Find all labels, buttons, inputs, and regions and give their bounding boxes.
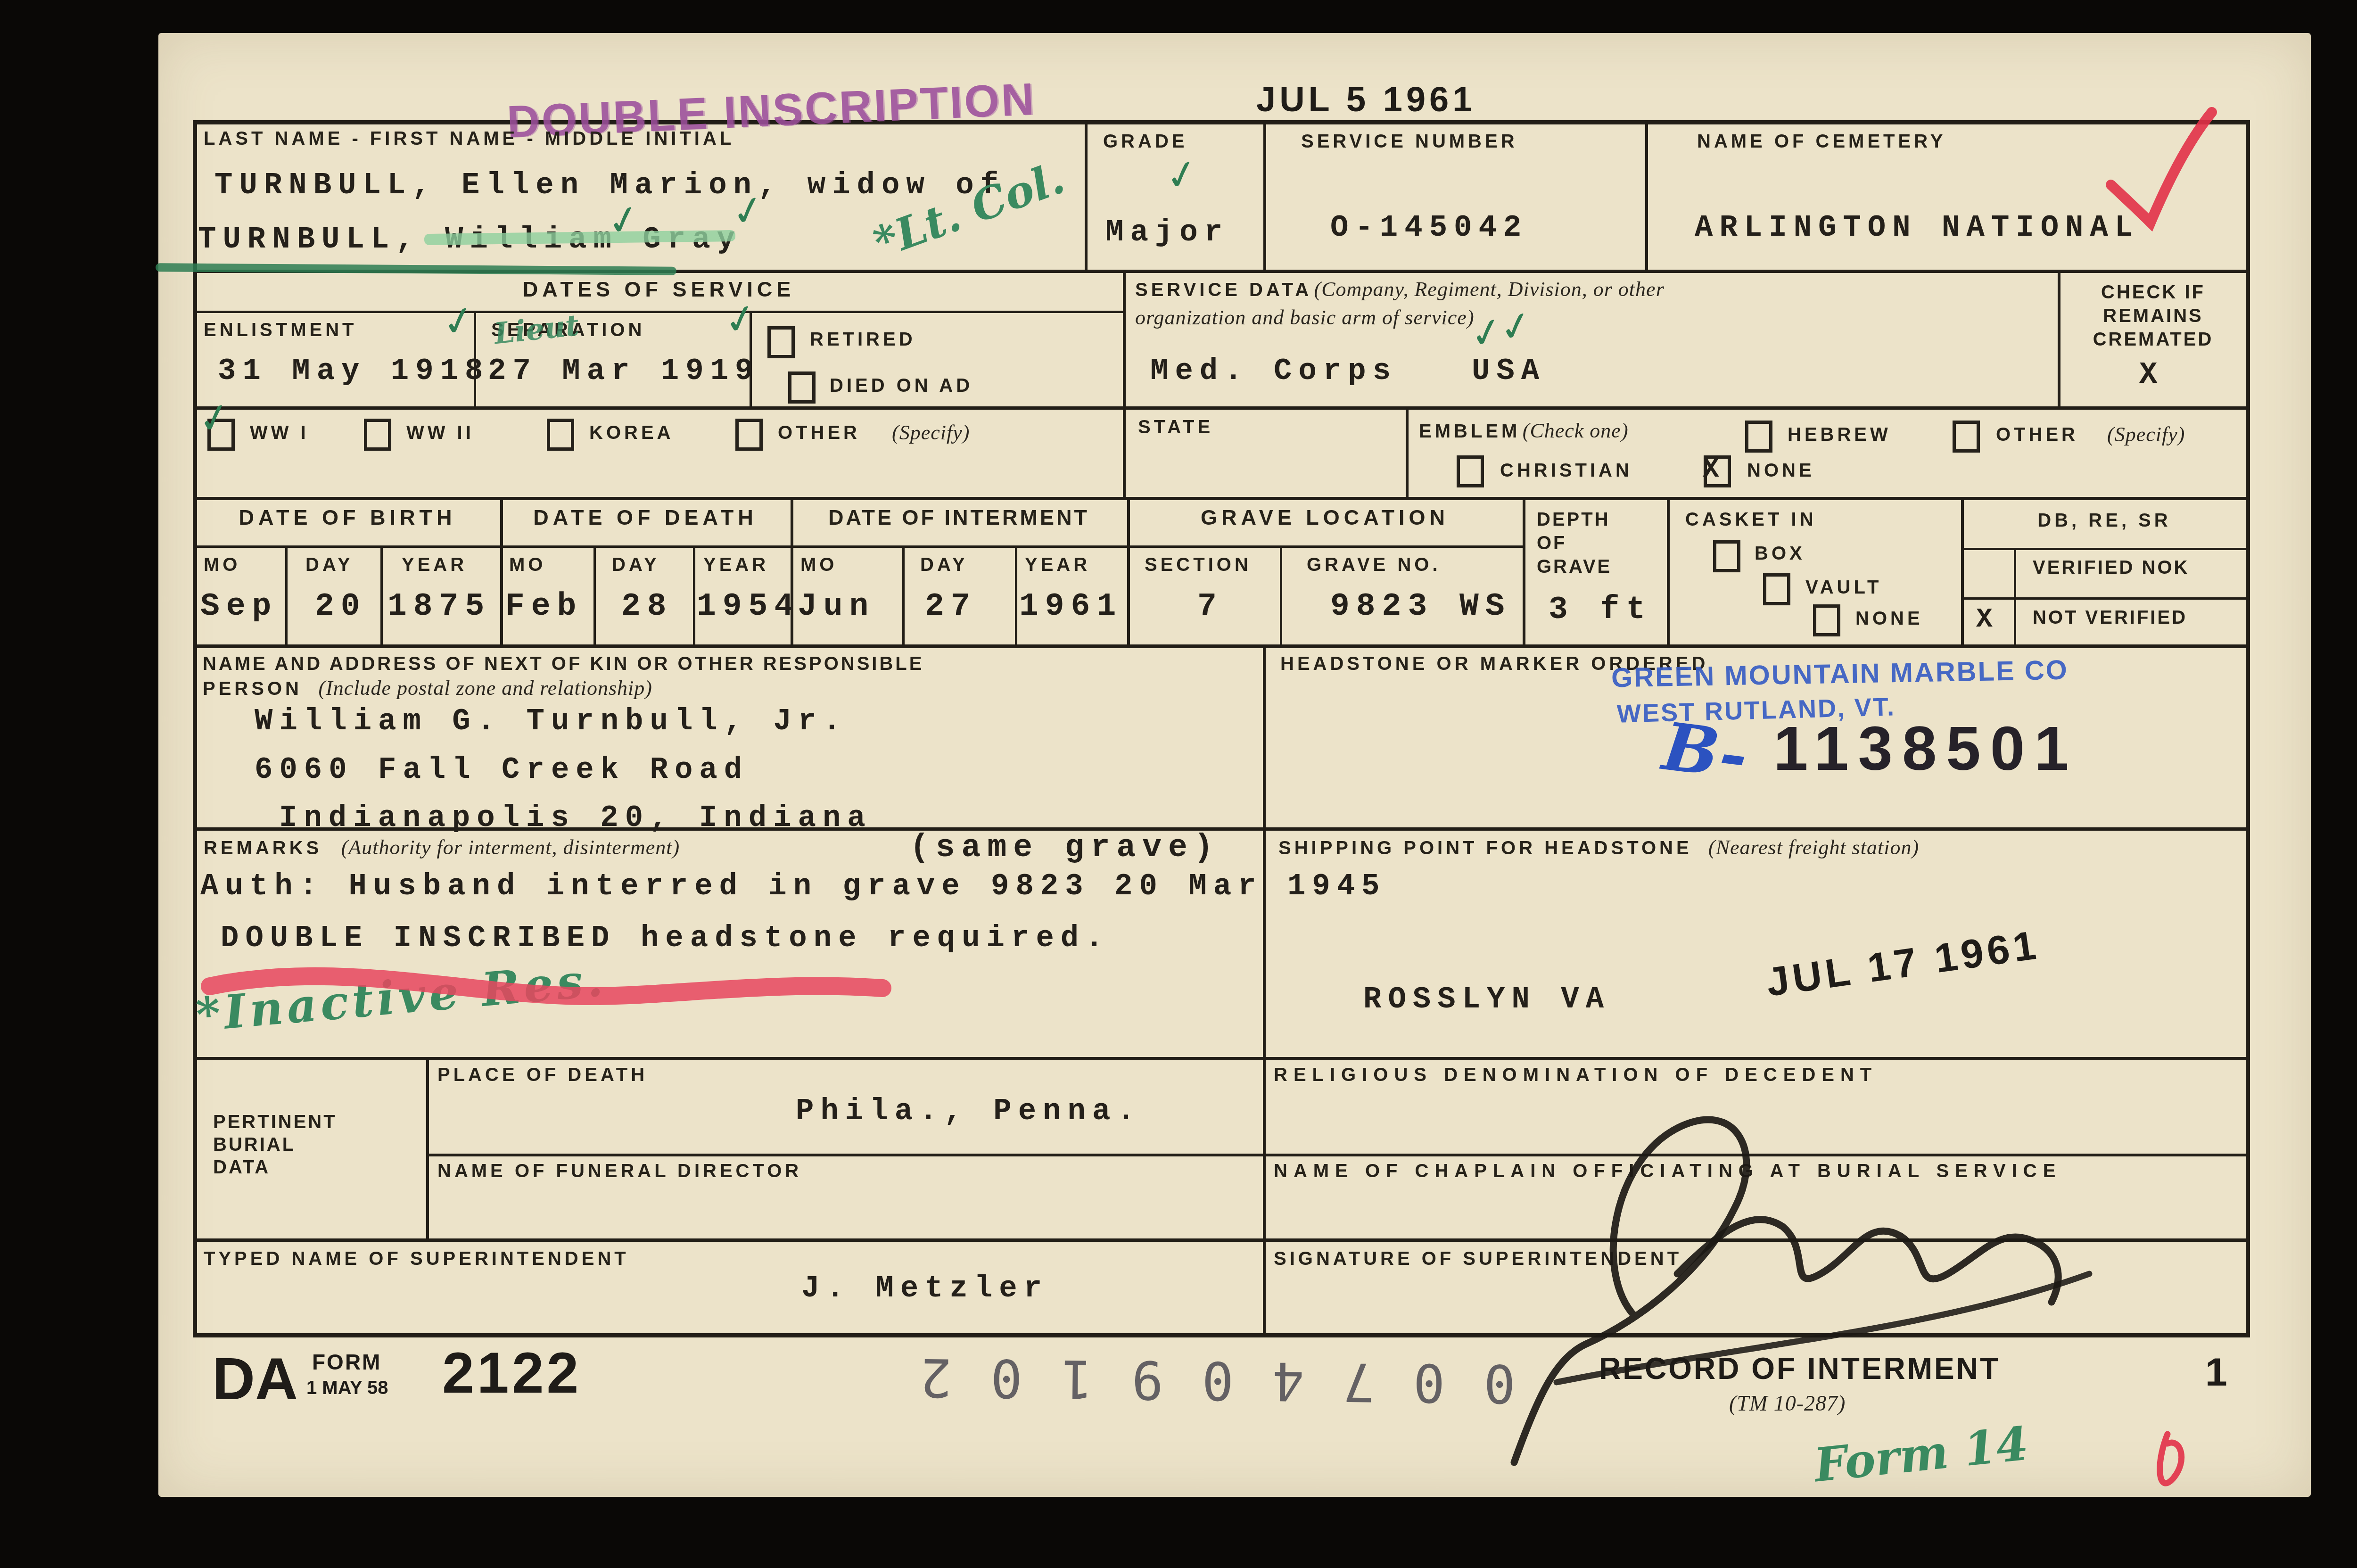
- dob-header: DATE OF BIRTH: [195, 505, 500, 530]
- casket-vault-checkbox: [1763, 573, 1790, 605]
- chaplain-label: NAME OF CHAPLAIN OFFICIATING AT BURIAL S…: [1274, 1161, 2061, 1182]
- casket-vault-label: VAULT: [1805, 577, 1882, 598]
- ww2-label: WW II: [406, 422, 474, 444]
- grid-line: [902, 547, 905, 646]
- service-data-label: SERVICE DATA: [1135, 280, 1312, 300]
- dod-header: DATE OF DEATH: [500, 505, 791, 530]
- grid-line: [195, 1333, 2250, 1337]
- service-data-usa: USA: [1472, 355, 1546, 388]
- grid-line: [1085, 122, 1088, 271]
- pertinent-label-2: BURIAL: [213, 1134, 296, 1155]
- christian-checkbox: [1457, 455, 1484, 487]
- place-of-death-label: PLACE OF DEATH: [437, 1065, 648, 1086]
- remarks-label: REMARKS: [204, 838, 322, 858]
- separation-value: 27 Mar 1919: [488, 355, 759, 388]
- other-war-label: OTHER: [778, 422, 860, 444]
- dod-mo-label: MO: [509, 554, 546, 576]
- grid-line: [1263, 1240, 1266, 1337]
- grid-line: [195, 545, 1523, 548]
- grid-line: [1406, 408, 1409, 498]
- pertinent-label-1: PERTINENT: [213, 1112, 337, 1133]
- form-label: FORM: [312, 1349, 381, 1375]
- depth-label-1: DEPTH: [1537, 509, 1610, 530]
- retired-checkbox: [767, 326, 795, 358]
- other-war-checkbox: [735, 419, 763, 451]
- kin-name: William G. Turnbull, Jr.: [255, 705, 848, 739]
- casket-box-checkbox: [1713, 540, 1740, 572]
- doi-mo-label: MO: [800, 554, 837, 576]
- dob-day-label: DAY: [305, 554, 354, 576]
- kin-label-1: NAME AND ADDRESS OF NEXT OF KIN OR OTHER…: [203, 653, 924, 675]
- ww1-label: WW I: [250, 422, 309, 444]
- enlistment-label: ENLISTMENT: [204, 320, 357, 341]
- korea-label: KOREA: [589, 422, 674, 444]
- headstone-order-number: 1138501: [1773, 713, 2078, 784]
- service-data-hint1: (Company, Regiment, Division, or other: [1314, 278, 1665, 301]
- signature-superintendent-label: SIGNATURE OF SUPERINTENDENT: [1274, 1248, 1682, 1270]
- grid-line: [1667, 498, 1670, 646]
- grid-line: [1961, 548, 2248, 550]
- cremated-label-3: CREMATED: [2060, 329, 2246, 350]
- dod-mo: Feb: [505, 588, 583, 625]
- grid-line: [195, 406, 2248, 410]
- kin-city: Indianapolis 20, Indiana: [279, 801, 872, 835]
- received-date-stamp: JUL 5 1961: [1256, 79, 1475, 119]
- grid-line: [285, 547, 288, 646]
- db-re-sr-label: DB, RE, SR: [1961, 510, 2248, 531]
- doi-mo: Jun: [798, 588, 875, 625]
- cremated-label-2: REMAINS: [2060, 305, 2246, 327]
- grid-line: [1263, 1058, 1266, 1240]
- emblem-other-checkbox: [1953, 421, 1980, 453]
- dob-year-label: YEAR: [402, 554, 467, 576]
- kin-label-2: PERSON: [203, 678, 302, 699]
- hebrew-label: HEBREW: [1788, 424, 1891, 446]
- other-war-specify: (Specify): [892, 421, 970, 445]
- ww2-checkbox: [364, 419, 391, 451]
- pertinent-label-3: DATA: [213, 1157, 270, 1178]
- emblem-label: EMBLEM: [1419, 421, 1520, 442]
- place-of-death-value: Phila., Penna.: [796, 1095, 1142, 1129]
- shipping-point-label: SHIPPING POINT FOR HEADSTONE: [1278, 838, 1692, 858]
- shipping-point-value: ROSSLYN VA: [1363, 983, 1610, 1017]
- tm-reference: (TM 10-287): [1729, 1391, 1846, 1416]
- grid-line: [426, 1058, 429, 1240]
- grade-value: Major: [1105, 216, 1229, 250]
- not-verified-label: NOT VERIFIED: [2033, 607, 2187, 628]
- cremated-value: X: [2139, 358, 2164, 392]
- not-verified-x: X: [1976, 604, 1999, 635]
- da-logo: DA: [212, 1345, 298, 1413]
- casket-none-checkbox: [1813, 604, 1840, 636]
- grid-line: [1123, 271, 1126, 498]
- doi-year: 1961: [1019, 588, 1122, 625]
- died-on-ad-checkbox: [788, 371, 816, 404]
- grave-no-label: GRAVE NO.: [1307, 554, 1441, 576]
- dod-year: 1954: [697, 588, 800, 625]
- cemetery-value: ARLINGTON NATIONAL: [1695, 211, 2139, 245]
- grid-line: [195, 120, 2250, 124]
- section-label: SECTION: [1145, 554, 1252, 576]
- service-number-label: SERVICE NUMBER: [1301, 131, 1518, 152]
- grid-line: [195, 1238, 2248, 1242]
- grid-line: [1645, 122, 1648, 271]
- emblem-other-specify: (Specify): [2107, 422, 2185, 446]
- dob-mo: Sep: [200, 588, 278, 625]
- typed-superintendent-label: TYPED NAME OF SUPERINTENDENT: [204, 1248, 629, 1270]
- died-on-ad-label: DIED ON AD: [830, 375, 973, 396]
- grade-label: GRADE: [1103, 131, 1187, 152]
- form-date: 1 MAY 58: [306, 1378, 388, 1399]
- grid-line: [693, 547, 695, 646]
- emblem-other-label: OTHER: [1996, 424, 2078, 446]
- same-grave-note: (same grave): [910, 830, 1220, 866]
- dod-day: 28: [621, 588, 673, 625]
- kin-street: 6060 Fall Creek Road: [255, 753, 749, 787]
- hebrew-checkbox: [1745, 421, 1772, 453]
- casket-none-label: NONE: [1855, 608, 1923, 629]
- christian-label: CHRISTIAN: [1500, 460, 1632, 481]
- grid-line: [195, 1057, 2248, 1060]
- grid-line: [593, 547, 596, 646]
- dates-of-service-header: DATES OF SERVICE: [195, 277, 1123, 302]
- remarks-label-italic: (Authority for interment, disinterment): [341, 836, 680, 859]
- section-value: 7: [1197, 588, 1223, 625]
- none-emblem-x: X: [1703, 454, 1726, 485]
- perforated-serial-number: 007409102: [881, 1346, 1516, 1414]
- remarks-line-1: Auth: Husband interred in grave 9823 20 …: [200, 870, 1386, 904]
- dob-year: 1875: [387, 588, 491, 625]
- grid-line: [1015, 547, 1017, 646]
- doi-header: DATE OF INTERMENT: [791, 505, 1127, 530]
- cremated-label-1: CHECK IF: [2060, 282, 2246, 303]
- doi-day-label: DAY: [920, 554, 968, 576]
- enlistment-value: 31 May 1918: [218, 355, 489, 388]
- cemetery-label: NAME OF CEMETERY: [1697, 131, 1946, 152]
- service-number-value: O-145042: [1330, 211, 1528, 245]
- verified-nok-label: VERIFIED NOK: [2033, 557, 2189, 578]
- emblem-check-one: (Check one): [1523, 419, 1629, 442]
- grid-line: [1961, 597, 2248, 600]
- grave-no-value: 9823 WS: [1330, 588, 1511, 625]
- grid-line: [2246, 120, 2250, 1337]
- scanned-interment-record: DOUBLE INSCRIPTION JUL 5 1961 LAST NAME …: [0, 0, 2357, 1568]
- superintendent-name: J. Metzler: [801, 1272, 1048, 1306]
- doi-day: 27: [925, 588, 977, 625]
- depth-value: 3 ft: [1549, 592, 1652, 628]
- grid-line: [1263, 646, 1266, 1058]
- religious-denomination-label: RELIGIOUS DENOMINATION OF DECEDENT: [1274, 1065, 1878, 1086]
- dod-day-label: DAY: [612, 554, 660, 576]
- shipping-point-italic: (Nearest freight station): [1708, 836, 1919, 859]
- form-number: 2122: [442, 1340, 581, 1406]
- casket-in-label: CASKET IN: [1685, 509, 1817, 530]
- record-of-interment-title: RECORD OF INTERMENT: [1599, 1351, 2000, 1386]
- depth-label-2: OF: [1537, 533, 1567, 554]
- grid-line: [193, 120, 197, 1337]
- dob-day: 20: [315, 588, 367, 625]
- casket-box-label: BOX: [1755, 543, 1805, 564]
- grave-location-header: GRAVE LOCATION: [1127, 505, 1523, 530]
- state-label: STATE: [1138, 417, 1213, 438]
- grid-line: [380, 547, 383, 646]
- grid-line: [2014, 548, 2016, 646]
- none-emblem-label: NONE: [1747, 460, 1815, 481]
- name-header: LAST NAME - FIRST NAME - MIDDLE INITIAL: [204, 128, 734, 149]
- grid-line: [195, 311, 1123, 313]
- remarks-line-2: DOUBLE INSCRIBED headstone required.: [221, 922, 1110, 956]
- doi-year-label: YEAR: [1025, 554, 1090, 576]
- b-prefix-handwritten: B-: [1659, 708, 1752, 795]
- grid-line: [1523, 498, 1525, 646]
- service-data-hint2: organization and basic arm of service): [1135, 305, 1475, 330]
- grid-line: [1280, 547, 1282, 646]
- kin-label-italic: (Include postal zone and relationship): [318, 677, 652, 700]
- korea-checkbox: [547, 419, 574, 451]
- funeral-director-label: NAME OF FUNERAL DIRECTOR: [437, 1161, 802, 1182]
- decedent-name: TURNBULL, Ellen Marion, widow of: [214, 169, 1005, 203]
- retired-label: RETIRED: [810, 329, 916, 350]
- depth-label-3: GRAVE: [1537, 556, 1612, 578]
- grid-line: [1263, 122, 1266, 271]
- grid-line: [426, 1154, 2248, 1156]
- dob-mo-label: MO: [204, 554, 240, 576]
- dod-year-label: YEAR: [703, 554, 769, 576]
- page-number: 1: [2205, 1349, 2227, 1395]
- service-data-corps: Med. Corps: [1150, 355, 1397, 388]
